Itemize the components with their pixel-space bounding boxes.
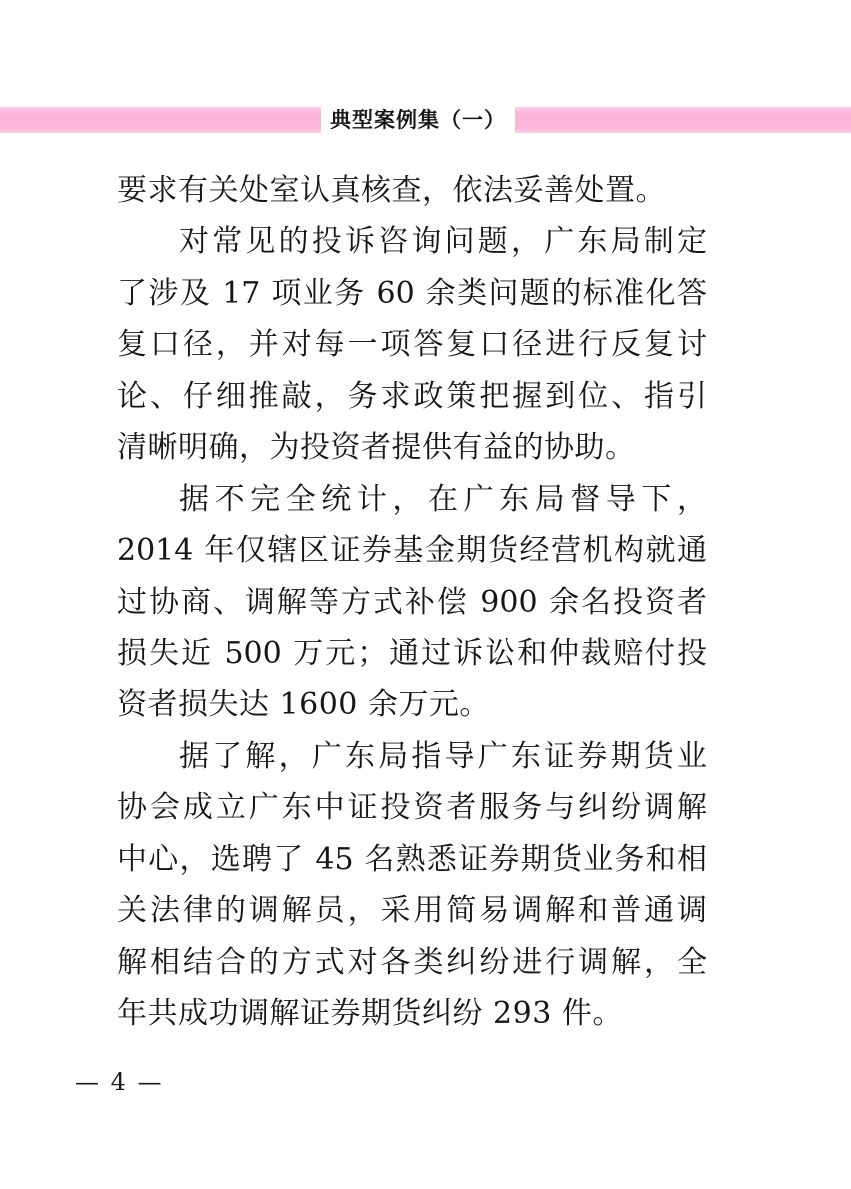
header-rule-right [515,107,851,133]
text-line: 复口径，并对每一项答复口径进行反复讨 [117,319,707,370]
text-line: 年共成功调解证券期货纠纷 293 件。 [117,988,707,1039]
text-line: 要求有关处室认真核查，依法妥善处置。 [117,165,707,216]
text-line: 关法律的调解员，采用简易调解和普通调 [117,885,707,936]
running-head: 典型案例集（一） [0,107,851,133]
header-rule-left [0,107,321,133]
body-text: 要求有关处室认真核查，依法妥善处置。 对常见的投诉咨询问题，广东局制定 了涉及 … [117,165,707,1039]
text-line: 2014 年仅辖区证券基金期货经营机构就通 [117,525,707,576]
page-number: — 4 — [75,1068,164,1096]
text-line: 资者损失达 1600 余万元。 [117,679,707,730]
text-line: 论、仔细推敲，务求政策把握到位、指引 [117,371,707,422]
text-line: 了涉及 17 项业务 60 余类问题的标准化答 [117,268,707,319]
text-line: 过协商、调解等方式补偿 900 余名投资者 [117,577,707,628]
text-line: 损失近 500 万元；通过诉讼和仲裁赔付投 [117,628,707,679]
text-line: 清晰明确，为投资者提供有益的协助。 [117,422,707,473]
book-page: 典型案例集（一） 要求有关处室认真核查，依法妥善处置。 对常见的投诉咨询问题，广… [0,0,851,1189]
text-line: 据了解，广东局指导广东证券期货业 [117,731,707,782]
running-head-title: 典型案例集（一） [330,107,506,133]
text-line: 协会成立广东中证投资者服务与纠纷调解 [117,782,707,833]
text-line: 据不完全统计，在广东局督导下， [117,474,707,525]
text-line: 中心，选聘了 45 名熟悉证券期货业务和相 [117,834,707,885]
text-line: 解相结合的方式对各类纠纷进行调解，全 [117,937,707,988]
text-line: 对常见的投诉咨询问题，广东局制定 [117,216,707,267]
